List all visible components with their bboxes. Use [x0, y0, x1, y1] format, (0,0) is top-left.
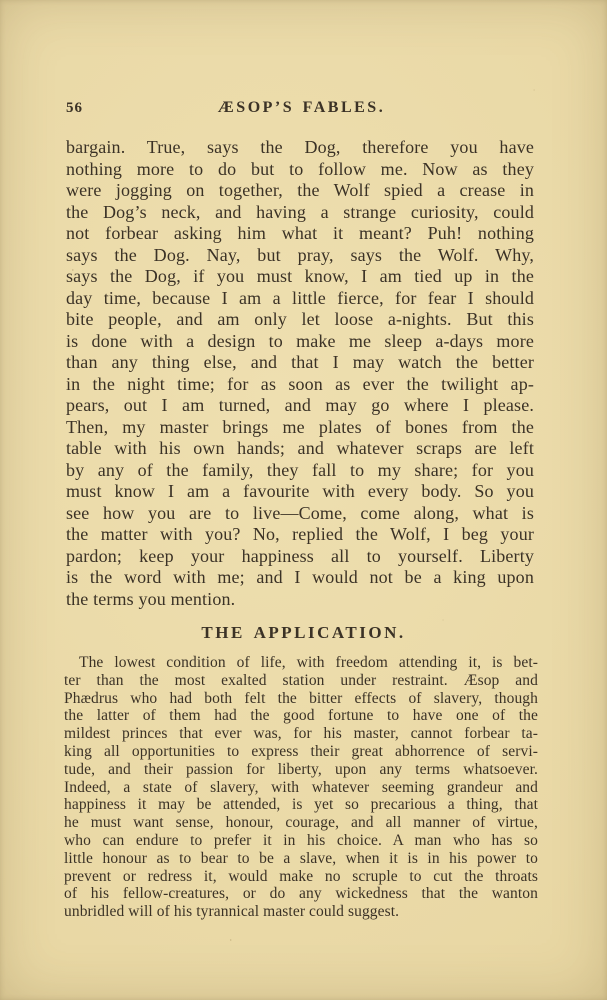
- text-line: is done with a design to make me sleep a…: [66, 331, 534, 353]
- text-line: must know I am a favourite with every bo…: [66, 481, 534, 503]
- text-line: prevent or redress it, would make no scr…: [64, 868, 538, 886]
- text-line: bargain. True, says the Dog, therefore y…: [66, 137, 534, 159]
- text-line: see how you are to live—Come, come along…: [66, 503, 534, 525]
- text-line: the matter with you? No, replied the Wol…: [66, 524, 534, 546]
- text-line: he must want sense, honour, courage, and…: [64, 814, 538, 832]
- text-line: in the night time; for as soon as ever t…: [66, 374, 534, 396]
- text-line: is the word with me; and I would not be …: [66, 567, 534, 589]
- text-line: happiness it may be attended, is yet so …: [64, 796, 538, 814]
- page-number: 56: [66, 100, 83, 117]
- text-line: Phædrus who had both felt the bitter eff…: [64, 690, 538, 708]
- application-paragraph: The lowest condition of life, with freed…: [64, 654, 538, 921]
- text-line: than any thing else, and that I may watc…: [66, 352, 534, 374]
- text-line: tude, and their passion for liberty, upo…: [64, 761, 538, 779]
- text-line: king all opportunities to express their …: [64, 743, 538, 761]
- text-line: says the Dog. Nay, but pray, says the Wo…: [66, 245, 534, 267]
- book-page: 56 ÆSOP’S FABLES. bargain. True, says th…: [0, 0, 607, 1000]
- text-line: mildest princes that ever was, for his m…: [64, 725, 538, 743]
- text-line: bite people, and am only let loose a-nig…: [66, 309, 534, 331]
- text-line: pears, out I am turned, and may go where…: [66, 395, 534, 417]
- text-line: pardon; keep your happiness all to yours…: [66, 546, 534, 568]
- story-paragraph: bargain. True, says the Dog, therefore y…: [66, 137, 534, 610]
- text-line: The lowest condition of life, with freed…: [64, 654, 538, 672]
- text-line: says the Dog, if you must know, I am tie…: [66, 266, 534, 288]
- text-line: day time, because I am a little fierce, …: [66, 288, 534, 310]
- text-line: not forbear asking him what it meant? Pu…: [66, 223, 534, 245]
- text-line: by any of the family, they fall to my sh…: [66, 460, 534, 482]
- text-line: were jogging on together, the Wolf spied…: [66, 180, 534, 202]
- text-line: little honour as to bear to be a slave, …: [64, 850, 538, 868]
- text-line: Then, my master brings me plates of bone…: [66, 417, 534, 439]
- text-line: of his fellow-creatures, or do any wicke…: [64, 885, 538, 903]
- text-line: ter than the most exalted station under …: [64, 672, 538, 690]
- text-line: Indeed, a state of slavery, with whateve…: [64, 779, 538, 797]
- text-line: nothing more to do but to follow me. Now…: [66, 159, 534, 181]
- application-heading: THE APPLICATION.: [0, 623, 607, 643]
- text-line: unbridled will of his tyrannical master …: [64, 903, 538, 921]
- text-line: the latter of them had the good fortune …: [64, 707, 538, 725]
- running-header: 56 ÆSOP’S FABLES.: [66, 99, 537, 119]
- text-line: the terms you mention.: [66, 589, 534, 611]
- text-line: the Dog’s neck, and having a strange cur…: [66, 202, 534, 224]
- text-line: who can endure to prefer it in his choic…: [64, 832, 538, 850]
- text-line: table with his own hands; and whatever s…: [66, 438, 534, 460]
- running-head-title: ÆSOP’S FABLES.: [66, 99, 537, 117]
